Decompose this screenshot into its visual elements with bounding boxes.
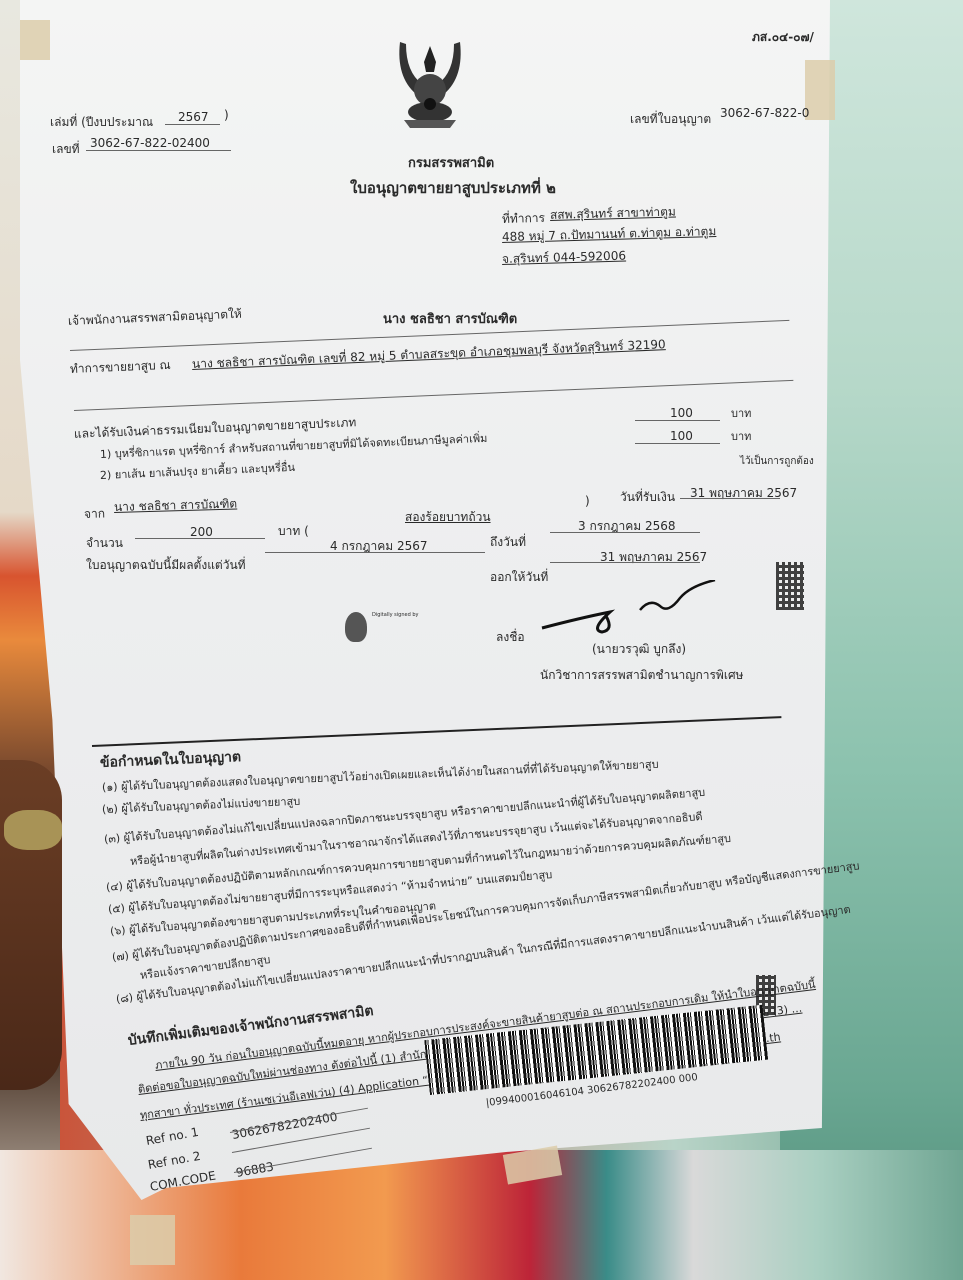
office-name: สสพ.สุรินทร์ สาขาท่าตูม [550,202,676,225]
book-year: 2567 [178,110,209,124]
signature-icon [540,580,720,640]
fee-amount-1: 100 [670,406,693,420]
from-value: นาง ชลธิชา สารบัณฑิต [114,495,238,517]
digital-seal-text: Digitally signed by [372,612,418,618]
effective-date: 4 กรกฎาคม 2567 [330,537,428,556]
tape-top-right [805,60,835,120]
license-title: ใบอนุญาตขายยาสูบประเภทที่ ๒ [350,176,556,200]
garuda-emblem-icon [392,32,468,140]
condition-item: (๒) ผู้ได้รับใบอนุญาตต้องไม่แบ่งขายยาสูบ [102,792,301,818]
amount-words: สองร้อยบาทถ้วน [405,508,491,527]
signer-title: นักวิชาการสรรพสามิตชำนาญการพิเศษ [540,666,743,685]
license-number: 3062-67-822-0 [720,106,809,120]
sign-label: ลงชื่อ [496,628,525,647]
tape-bottom-center [503,1145,562,1184]
document-content: ภส.๐๔-๐๗/ เล่มที่ (ปีงบประมาณ 2567 ) เลข… [0,0,963,1280]
office-province-phone: จ.สุรินทร์ 044-592006 [502,247,627,269]
licensee-name: นาง ชลธิชา สารบัณฑิต [383,308,517,329]
issued-date: 31 พฤษภาคม 2567 [600,548,707,567]
tape-bottom-left [130,1215,175,1265]
qr-code-top [776,562,804,610]
paid-date: 31 พฤษภาคม 2567 [690,484,797,503]
digital-seal-icon [345,612,367,642]
amount-value: 200 [190,525,213,539]
grant-label: เจ้าพนักงานสรรพสามิตอนุญาตให้ [68,305,243,331]
fee-amount-2: 100 [670,429,693,443]
department-name: กรมสรรพสามิต [408,152,494,173]
expiry-date: 3 กรกฎาคม 2568 [578,517,676,536]
document-number: 3062-67-822-02400 [90,136,210,150]
conditions-heading: ข้อกำหนดในใบอนุญาต [100,746,242,774]
signer-name: (นายวรวุฒิ บูกลึง) [592,640,686,659]
form-code: ภส.๐๔-๐๗/ [752,28,814,47]
tape-top-left [20,20,50,60]
receipt-note: ไว้เป็นการถูกต้อง [740,454,814,469]
